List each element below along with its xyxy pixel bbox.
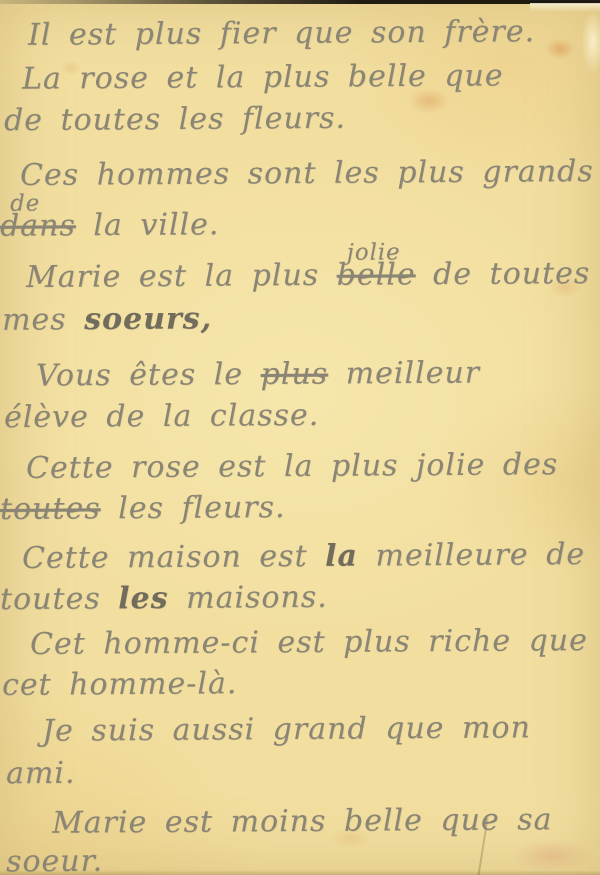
handwriting-line: Cette maison est la meilleure de [22, 537, 585, 576]
correction: joliebelle [337, 257, 416, 293]
handwriting-line: toutes les maisons. [0, 580, 328, 617]
handwriting-text: Je suis aussi grand que mon [42, 710, 531, 748]
handwriting-text: Marie est moins belle que sa [52, 802, 553, 840]
handwriting-text: Cet homme-ci est plus riche que [30, 623, 588, 662]
handwriting-text: soeur. [6, 844, 103, 875]
handwriting-text: les fleurs. [101, 490, 286, 526]
handwriting-line: toutes les fleurs. [0, 490, 286, 527]
handwriting-text: Vous êtes le [36, 357, 261, 394]
handwriting-text: Marie est la plus [26, 258, 337, 295]
paper-page: Il est plus fier que son frère.La rose e… [0, 0, 600, 875]
overwritten-word: la [325, 539, 358, 574]
handwriting-line: cet homme-là. [2, 666, 238, 703]
handwriting-line: de toutes les fleurs. [4, 101, 346, 138]
paper-stain [545, 38, 575, 60]
inserted-word: jolie [347, 240, 401, 266]
handwriting-line: La rose et la plus belle que [22, 58, 504, 96]
handwriting-text: de toutes les fleurs. [4, 101, 346, 138]
paper-top-edge [0, 0, 600, 4]
paper-stain [512, 840, 592, 872]
overwritten-word: les [118, 581, 169, 616]
handwriting-text: élève de la classe. [4, 398, 319, 435]
handwriting-line: Je suis aussi grand que mon [42, 710, 531, 748]
handwriting-text: la ville. [76, 207, 220, 243]
handwriting-line: Vous êtes le plus meilleur [36, 355, 480, 393]
handwriting-text: Ces hommes sont les plus grands [20, 154, 594, 193]
handwriting-line: Cette rose est la plus jolie des [26, 447, 558, 486]
struck-word: toutes [0, 491, 101, 527]
handwriting-text: Cette maison est [22, 539, 325, 576]
handwriting-line: mes soeurs, [2, 301, 212, 337]
struck-word: plus [260, 357, 328, 392]
handwriting-text: La rose et la plus belle que [22, 58, 504, 96]
paper-torn-corner [530, 0, 600, 12]
handwriting-line: Ces hommes sont les plus grands [20, 154, 594, 193]
handwriting-line: dedans la ville. [0, 207, 220, 244]
handwriting-line: élève de la classe. [4, 398, 319, 435]
handwriting-text: maisons. [168, 580, 327, 616]
paper-stain [582, 12, 600, 72]
handwriting-text: meilleur [328, 355, 480, 391]
handwriting-text: mes [2, 302, 84, 338]
handwriting-line: Marie est moins belle que sa [52, 802, 553, 840]
inserted-word: de [10, 191, 40, 217]
handwriting-line: ami. [6, 756, 76, 791]
handwriting-text: cet homme-là. [2, 666, 238, 703]
handwriting-text: Il est plus fier que son frère. [28, 14, 535, 53]
correction: dedans [0, 208, 76, 244]
handwriting-text: meilleure de [358, 537, 585, 574]
handwriting-text: toutes [0, 581, 118, 617]
handwriting-line: Il est plus fier que son frère. [28, 14, 535, 53]
handwriting-line: soeur. [6, 844, 103, 875]
handwriting-line: Cet homme-ci est plus riche que [30, 623, 588, 662]
handwriting-text: Cette rose est la plus jolie des [26, 447, 558, 486]
handwriting-line: Marie est la plus joliebelle de toutes [26, 256, 590, 295]
overwritten-word: soeurs, [84, 301, 212, 337]
handwriting-text: de toutes [415, 256, 590, 292]
handwriting-text: ami. [6, 756, 76, 791]
